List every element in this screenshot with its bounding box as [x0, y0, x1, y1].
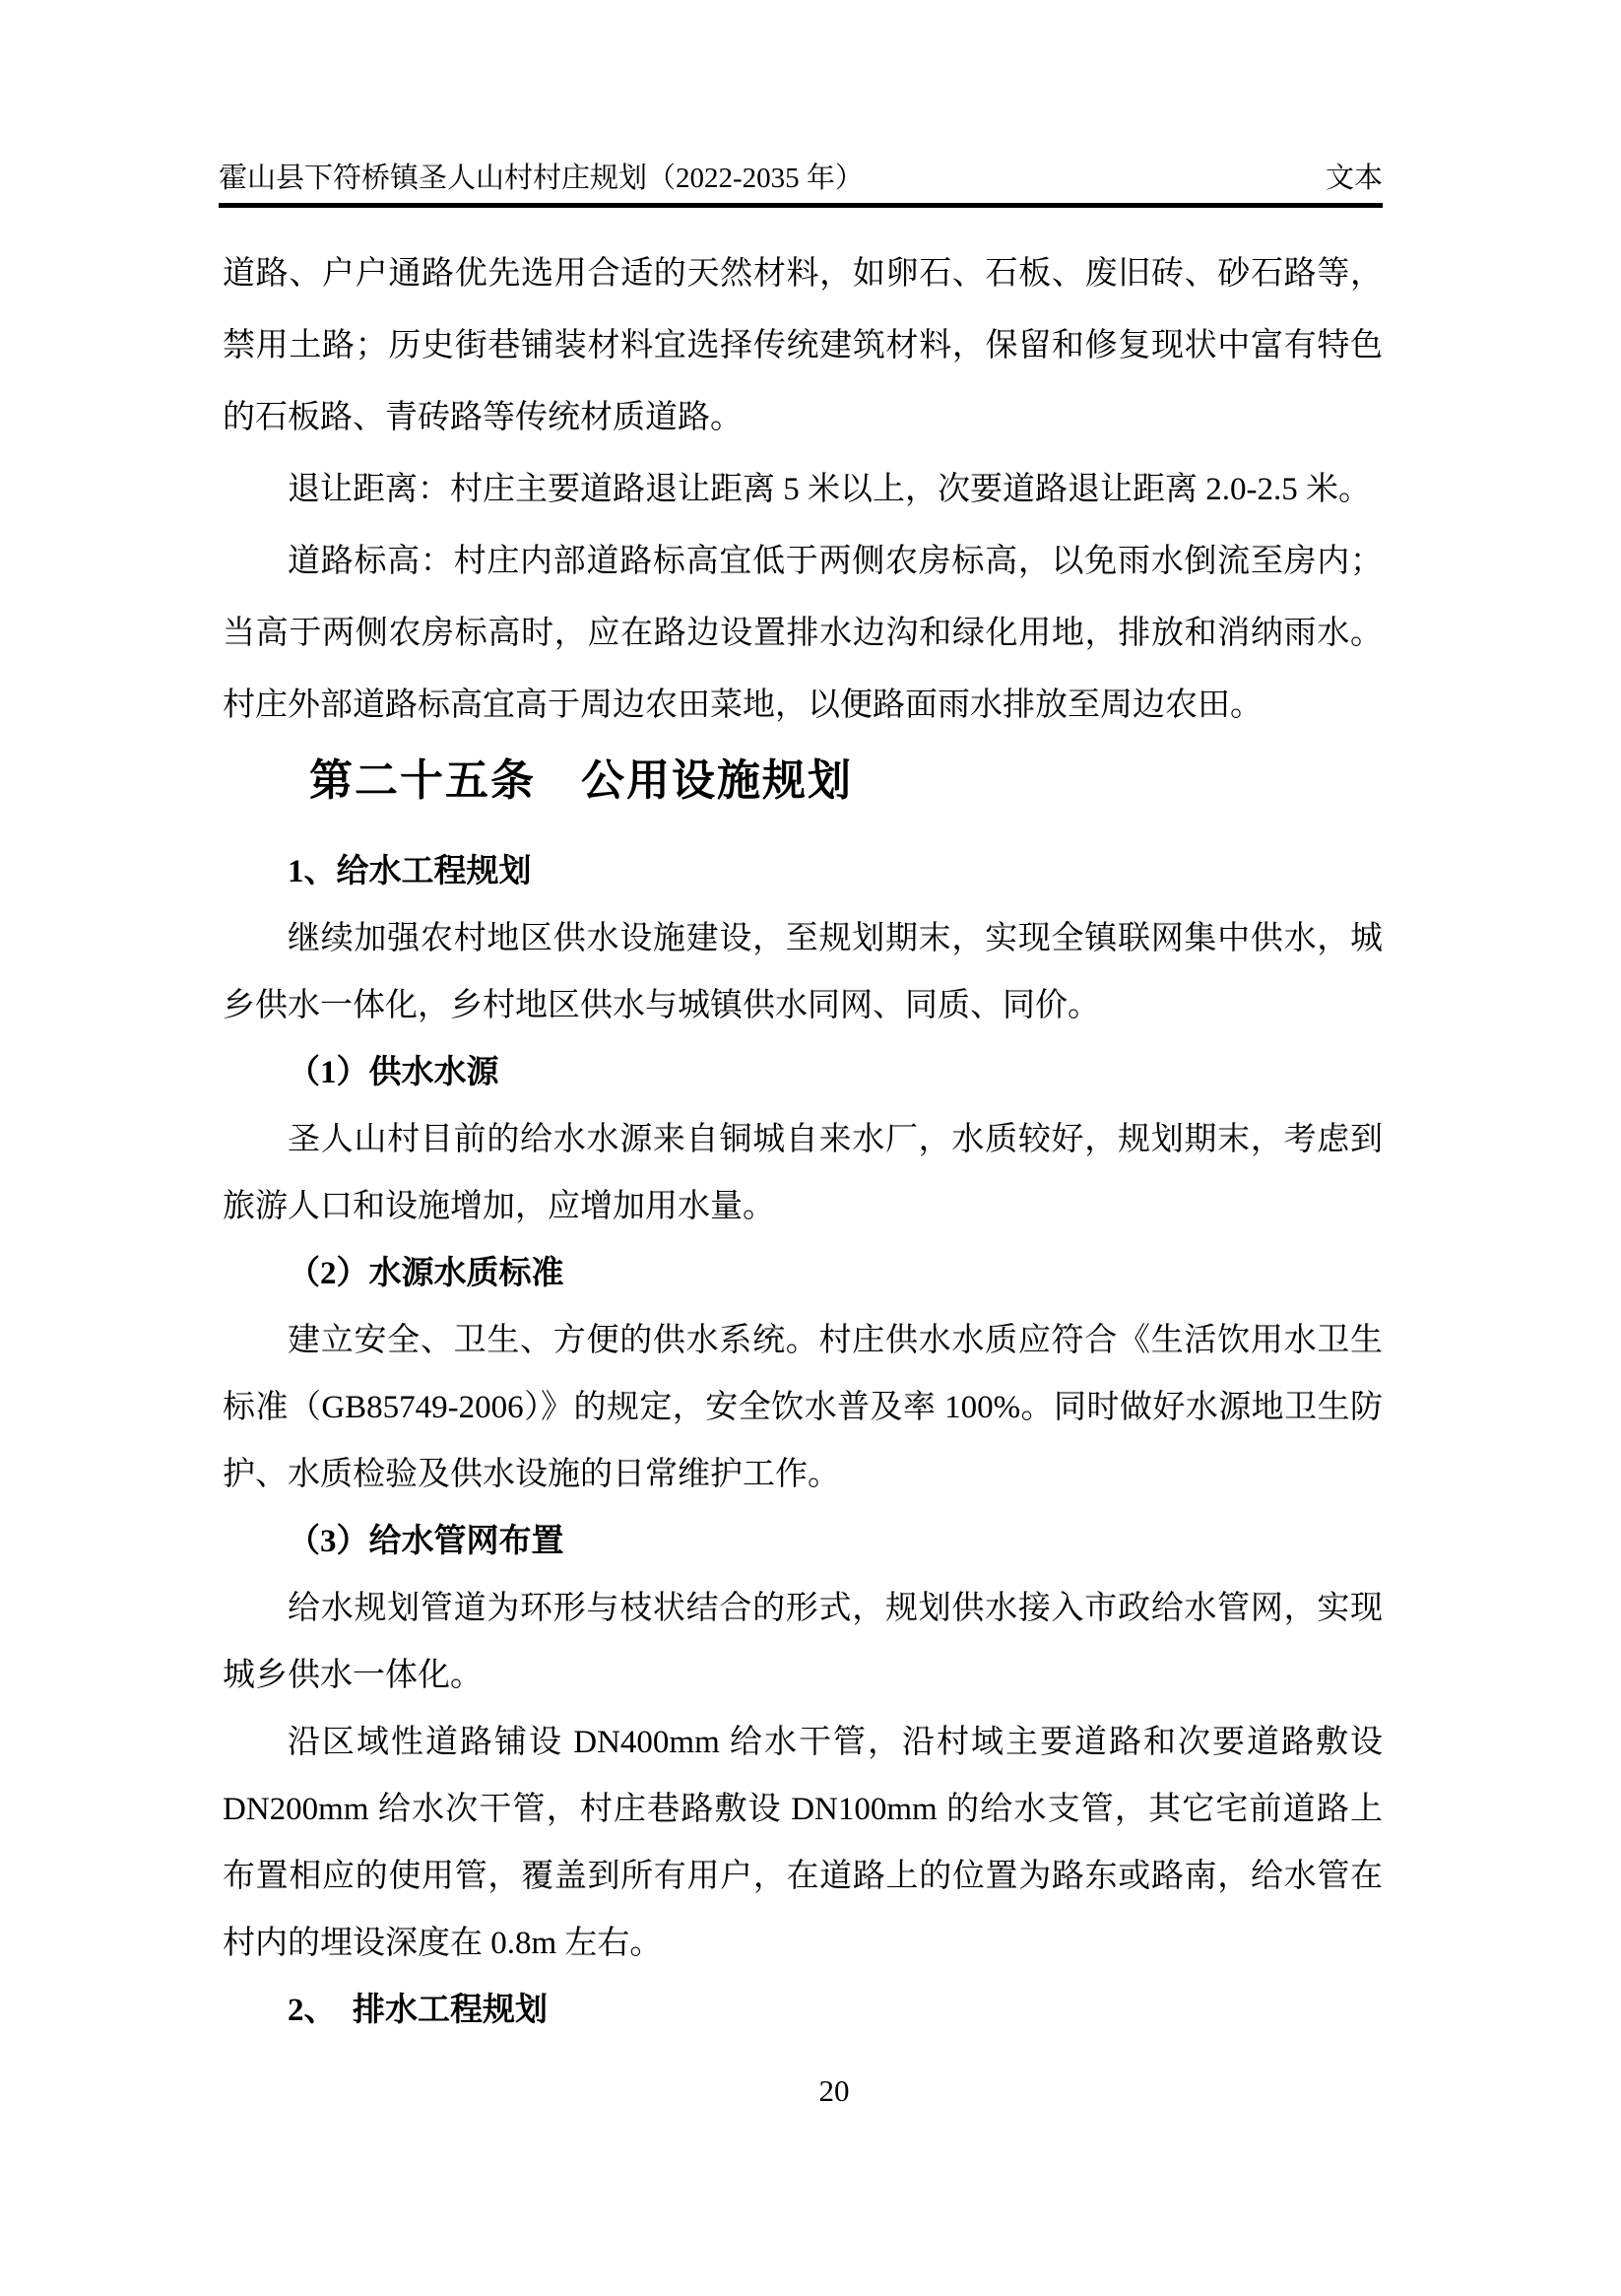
- paragraph-water-source: 圣人山村目前的给水水源来自铜城自来水厂，水质较好，规划期末，考虑到旅游人口和设施…: [223, 1106, 1383, 1240]
- paragraph-pipe-network-1: 给水规划管道为环形与枝状结合的形式，规划供水接入市政给水管网，实现城乡供水一体化…: [223, 1575, 1383, 1709]
- paragraph-water-supply-intro: 继续加强农村地区供水设施建设，至规划期末，实现全镇联网集中供水，城乡供水一体化，…: [223, 905, 1383, 1039]
- document-body: 道路、户户通路优先选用合适的天然材料，如卵石、石板、废旧砖、砂石路等，禁用土路；…: [223, 238, 1383, 2044]
- document-page: 霍山县下符桥镇圣人山村村庄规划（2022-2035 年） 文本 道路、户户通路优…: [0, 0, 1621, 2296]
- header-doc-type: 文本: [1326, 161, 1383, 196]
- section-title-water-supply: 1、给水工程规划: [223, 838, 1383, 905]
- header-rule: [219, 203, 1383, 208]
- article-body: 1、给水工程规划 继续加强农村地区供水设施建设，至规划期末，实现全镇联网集中供水…: [223, 838, 1383, 2044]
- paragraph-pipe-network-2: 沿区域性道路铺设 DN400mm 给水干管，沿村域主要道路和次要道路敷设 DN2…: [223, 1709, 1383, 1977]
- article-heading: 第二十五条 公用设施规划: [223, 746, 1383, 817]
- subsection-title-pipe-network: （3）给水管网布置: [223, 1508, 1383, 1575]
- subsection-title-water-source: （1）供水水源: [223, 1039, 1383, 1106]
- page-header: 霍山县下符桥镇圣人山村村庄规划（2022-2035 年） 文本: [219, 161, 1383, 196]
- paragraph-water-quality: 建立安全、卫生、方便的供水系统。村庄供水水质应符合《生活饮用水卫生标准（GB85…: [223, 1307, 1383, 1508]
- paragraph-road-materials: 道路、户户通路优先选用合适的天然材料，如卵石、石板、废旧砖、砂石路等，禁用土路；…: [223, 238, 1383, 454]
- paragraph-setback-distance: 退让距离：村庄主要道路退让距离 5 米以上，次要道路退让距离 2.0-2.5 米…: [223, 454, 1383, 526]
- subsection-title-water-quality: （2）水源水质标准: [223, 1240, 1383, 1307]
- page-number: 20: [47, 2071, 1621, 2111]
- paragraph-road-elevation: 道路标高：村庄内部道路标高宜低于两侧农房标高，以免雨水倒流至房内；当高于两侧农房…: [223, 526, 1383, 742]
- header-title: 霍山县下符桥镇圣人山村村庄规划（2022-2035 年）: [219, 161, 864, 196]
- preamble-section: 道路、户户通路优先选用合适的天然材料，如卵石、石板、废旧砖、砂石路等，禁用土路；…: [223, 238, 1383, 742]
- section-title-drainage: 2、 排水工程规划: [223, 1977, 1383, 2044]
